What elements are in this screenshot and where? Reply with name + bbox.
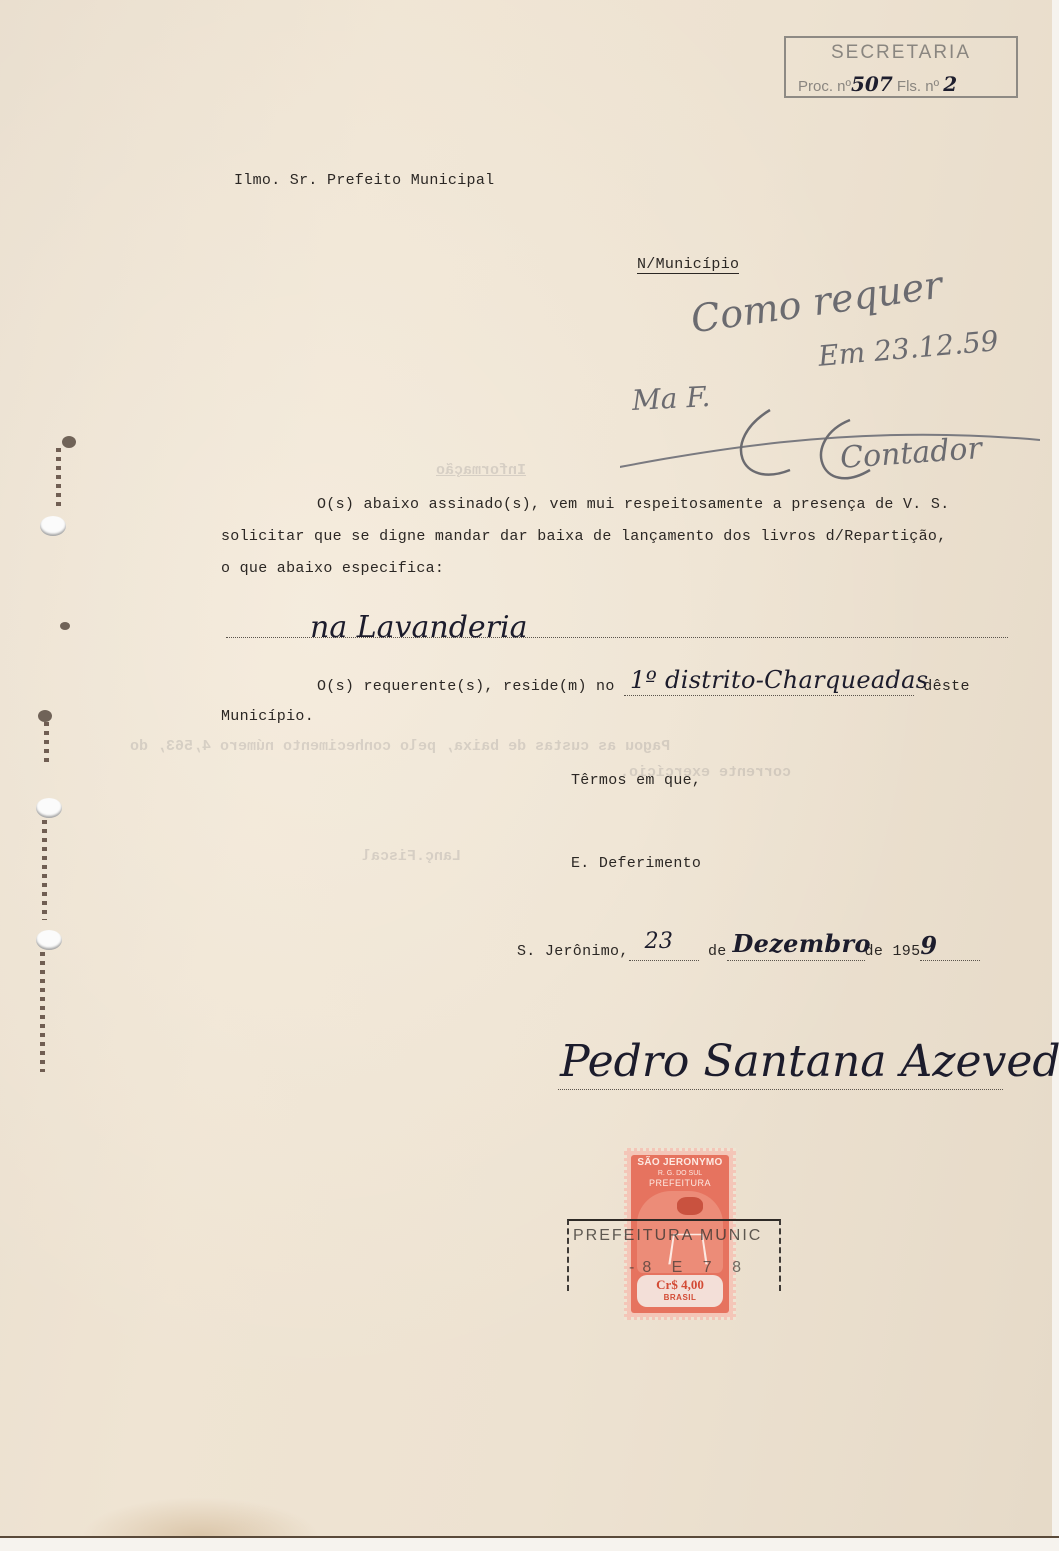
date-year-suffix: 9 — [920, 931, 937, 960]
bleed-through-heading: Informação — [436, 462, 526, 479]
punch-hole-lower — [36, 798, 62, 818]
water-stain — [80, 1497, 320, 1537]
routing-label: N/Município — [637, 256, 739, 274]
requester-signature: Pedro Santana Azevedo — [560, 1036, 1059, 1087]
rust-trail — [42, 820, 47, 920]
revenue-stamp-state: R. G. DO SUL — [631, 1170, 729, 1177]
rust-mark — [38, 710, 52, 722]
fls-label: Fls. nº — [897, 78, 939, 95]
body-line-3: o que abaixo especifica: — [221, 560, 444, 577]
stamp-title: SECRETARIA — [786, 42, 1016, 64]
dateline: S. Jerônimo,23 deDezembro de 1959 — [517, 943, 980, 961]
date-day-field: 23 — [629, 943, 699, 961]
scan-margin-bottom — [0, 1536, 1059, 1551]
rust-mark — [62, 436, 76, 448]
document-page — [0, 0, 1052, 1538]
proc-label: Proc. nº — [798, 78, 851, 95]
punch-hole-middle — [36, 930, 62, 950]
cancellation-text: PREFEITURA MUNIC — [573, 1227, 762, 1245]
cancellation-date: -8 E 7 8 — [629, 1259, 749, 1277]
secretaria-stamp: SECRETARIA Proc. nº507 Fls. nº 2 — [784, 36, 1018, 98]
addressee: Ilmo. Sr. Prefeito Municipal — [234, 172, 494, 189]
rust-trail — [40, 952, 45, 1072]
revenue-stamp-city: SÃO JERONYMO — [631, 1157, 729, 1168]
date-day: 23 — [645, 929, 674, 954]
date-month-field: Dezembro — [727, 943, 865, 961]
residence-prefix: O(s) requerente(s), reside(m) no — [317, 678, 615, 695]
proc-number: 507 — [851, 72, 893, 96]
scan-margin-right — [1052, 0, 1059, 1551]
date-year-field: 9 — [920, 943, 980, 961]
cancellation-handstamp: PREFEITURA MUNIC -8 E 7 8 — [567, 1219, 781, 1291]
fls-number: 2 — [943, 72, 957, 96]
date-de-1: de — [708, 943, 727, 960]
rust-mark — [60, 622, 70, 630]
bleed-through-text: Pagou as custas de baixa, pelo conhecime… — [130, 738, 670, 755]
stamp-proc-line: Proc. nº507 Fls. nº 2 — [798, 72, 957, 96]
date-place: S. Jerônimo, — [517, 943, 629, 960]
rust-trail — [56, 448, 61, 508]
rust-trail — [44, 722, 49, 762]
body-line-1: O(s) abaixo assinado(s), vem mui respeit… — [317, 496, 950, 513]
closing-deferimento: E. Deferimento — [571, 855, 701, 872]
signature-line — [558, 1089, 1003, 1090]
residence-line: O(s) requerente(s), reside(m) no 1º dist… — [317, 678, 970, 696]
date-month: Dezembro — [733, 929, 871, 958]
specified-item: na Lavanderia — [310, 610, 528, 645]
closing-termos: Têrmos em que, — [571, 772, 701, 789]
residence-value: 1º distrito-Charqueadas — [630, 666, 928, 694]
body-municipio: Município. — [221, 708, 314, 725]
punch-hole-upper — [40, 516, 66, 536]
residence-field: 1º distrito-Charqueadas — [624, 678, 914, 696]
residence-suffix: dêste — [923, 678, 970, 695]
date-year-prefix: 195 — [892, 943, 920, 960]
bleed-through-text: Lanç.Fiscal — [362, 848, 461, 865]
revenue-stamp-prefeitura: PREFEITURA — [631, 1178, 729, 1188]
revenue-stamp-country: BRASIL — [637, 1293, 723, 1302]
body-line-2: solicitar que se digne mandar dar baixa … — [221, 528, 947, 545]
